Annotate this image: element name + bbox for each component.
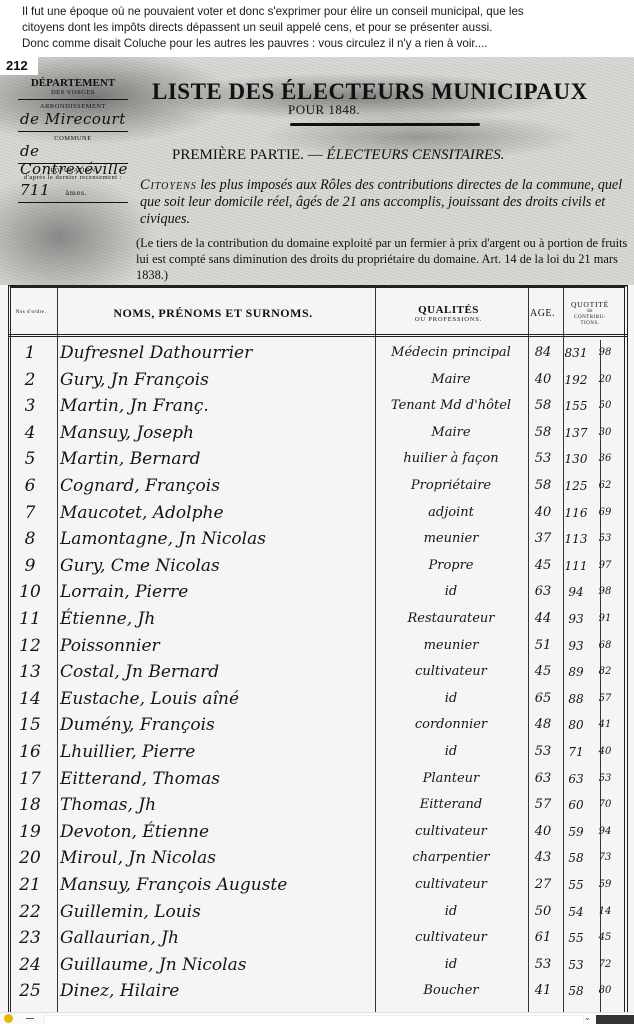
elector-profession: cultivateur (376, 925, 526, 952)
elector-name: Lorrain, Pierre (54, 579, 374, 606)
elector-age: 37 (528, 526, 558, 553)
elector-contribution: 60 (560, 792, 592, 819)
table-row: 18Thomas, JhEitterand576070 (8, 792, 628, 819)
electors-table: Nos d'ordre. NOMS, PRÉNOMS ET SURNOMS. Q… (0, 285, 634, 1012)
elector-profession: cultivateur (376, 659, 526, 686)
table-row: 17Eitterand, ThomasPlanteur636353 (8, 766, 628, 793)
elector-contribution-cents: 70 (592, 792, 618, 819)
header-age-label: AGE. (530, 308, 555, 319)
elector-contribution: 63 (560, 766, 592, 793)
elector-age: 65 (528, 686, 558, 713)
elector-contribution: 89 (560, 659, 592, 686)
elector-contribution: 55 (560, 925, 592, 952)
table-row: 24Guillaume, Jn Nicolasid535372 (8, 952, 628, 979)
table-row: 2Gury, Jn FrançoisMaire4019220 (8, 367, 628, 394)
elector-contribution: 58 (560, 978, 592, 1005)
elector-age: 58 (528, 393, 558, 420)
table-row: 25Dinez, HilaireBoucher415880 (8, 978, 628, 1005)
elector-profession: Médecin principal (376, 340, 526, 367)
elector-contribution: 137 (560, 420, 592, 447)
departement-label: DÉPARTEMENT (14, 77, 132, 89)
table-header: Nos d'ordre. NOMS, PRÉNOMS ET SURNOMS. Q… (8, 289, 628, 337)
elector-age: 58 (528, 473, 558, 500)
comment-input[interactable] (44, 1015, 584, 1024)
elector-profession: Maire (376, 420, 526, 447)
elector-age: 45 (528, 659, 558, 686)
elector-profession: Boucher (376, 978, 526, 1005)
elector-number: 4 (12, 420, 48, 447)
elector-number: 3 (12, 393, 48, 420)
elector-profession: id (376, 952, 526, 979)
elector-profession: Restaurateur (376, 606, 526, 633)
description-first-word: Citoyens (140, 177, 197, 193)
elector-name: Lamontagne, Jn Nicolas (54, 526, 374, 553)
elector-name: Maucotet, Adolphe (54, 500, 374, 527)
elector-number: 7 (12, 500, 48, 527)
elector-contribution: 58 (560, 845, 592, 872)
elector-contribution-cents: 73 (592, 845, 618, 872)
elector-name: Guillaume, Jn Nicolas (54, 952, 374, 979)
elector-number: 2 (12, 367, 48, 394)
elector-number: 16 (12, 739, 48, 766)
elector-number: 10 (12, 579, 48, 606)
elector-age: 50 (528, 899, 558, 926)
caption-line: Il fut une époque où ne pouvaient voter … (22, 4, 634, 20)
elector-number: 18 (12, 792, 48, 819)
emoji-icon[interactable] (4, 1014, 13, 1023)
elector-contribution: 80 (560, 712, 592, 739)
commune-value: de Contrexéville (14, 142, 132, 160)
divider (18, 99, 128, 100)
elector-age: 40 (528, 500, 558, 527)
table-row: 11Étienne, JhRestaurateur449391 (8, 606, 628, 633)
elector-profession: Propriétaire (376, 473, 526, 500)
elector-name: Martin, Jn Franç. (54, 393, 374, 420)
elector-profession: adjoint (376, 500, 526, 527)
elector-contribution-cents: 68 (592, 633, 618, 660)
elector-number: 9 (12, 553, 48, 580)
elector-profession: Eitterand (376, 792, 526, 819)
table-row: 23Gallaurian, Jhcultivateur615545 (8, 925, 628, 952)
divider (18, 202, 128, 203)
elector-contribution-cents: 14 (592, 899, 618, 926)
elector-name: Costal, Jn Bernard (54, 659, 374, 686)
elector-contribution: 54 (560, 899, 592, 926)
elector-contribution: 88 (560, 686, 592, 713)
elector-contribution: 53 (560, 952, 592, 979)
elector-age: 27 (528, 872, 558, 899)
elector-number: 13 (12, 659, 48, 686)
elector-name: Eitterand, Thomas (54, 766, 374, 793)
elector-contribution-cents: 98 (592, 579, 618, 606)
elector-profession: meunier (376, 526, 526, 553)
elector-age: 51 (528, 633, 558, 660)
elector-number: 25 (12, 978, 48, 1005)
administrative-block: DÉPARTEMENT DES VOSGES ARRONDISSEMENT de… (14, 77, 132, 206)
table-row: 5Martin, Bernardhuilier à façon5313036 (8, 446, 628, 473)
dark-panel (596, 1015, 634, 1024)
header-age: AGE. (525, 289, 560, 337)
elector-name: Lhuillier, Pierre (54, 739, 374, 766)
elector-contribution: 116 (560, 500, 592, 527)
elector-number: 8 (12, 526, 48, 553)
table-row: 6Cognard, FrançoisPropriétaire5812562 (8, 473, 628, 500)
elector-contribution: 831 (560, 340, 592, 367)
elector-number: 1 (12, 340, 48, 367)
part-title-italic: ÉLECTEURS CENSITAIRES. (326, 147, 504, 163)
elector-name: Gallaurian, Jh (54, 925, 374, 952)
elector-name: Guillemin, Louis (54, 899, 374, 926)
elector-contribution: 155 (560, 393, 592, 420)
elector-contribution: 55 (560, 872, 592, 899)
table-row: 1Dufresnel DathourrierMédecin principal8… (8, 340, 628, 367)
elector-age: 40 (528, 367, 558, 394)
table-row: 22Guillemin, Louisid505414 (8, 899, 628, 926)
elector-profession: cordonnier (376, 712, 526, 739)
elector-number: 6 (12, 473, 48, 500)
register-subtitle: POUR 1848. (288, 102, 360, 118)
elector-number: 15 (12, 712, 48, 739)
table-row: 8Lamontagne, Jn Nicolasmeunier3711353 (8, 526, 628, 553)
elector-contribution-cents: 62 (592, 473, 618, 500)
elector-name: Thomas, Jh (54, 792, 374, 819)
departement-value: DES VOSGES (14, 89, 132, 96)
elector-contribution: 93 (560, 606, 592, 633)
part-title-prefix: PREMIÈRE PARTIE. — (172, 147, 323, 163)
arrondissement-label: ARRONDISSEMENT (14, 103, 132, 110)
elector-number: 11 (12, 606, 48, 633)
elector-contribution-cents: 91 (592, 606, 618, 633)
elector-age: 43 (528, 845, 558, 872)
header-quotite-sub3: TIONS. (581, 321, 600, 327)
elector-contribution-cents: 72 (592, 952, 618, 979)
elector-age: 61 (528, 925, 558, 952)
elector-number: 23 (12, 925, 48, 952)
elector-profession: id (376, 739, 526, 766)
population-number: 711 (20, 181, 50, 199)
elector-contribution-cents: 50 (592, 393, 618, 420)
table-row: 9Gury, Cme NicolasPropre4511197 (8, 553, 628, 580)
header-qualites: QUALITÉS OU PROFESSIONS. (372, 289, 525, 337)
elector-contribution-cents: 94 (592, 819, 618, 846)
elector-number: 20 (12, 845, 48, 872)
elector-contribution: 59 (560, 819, 592, 846)
elector-age: 45 (528, 553, 558, 580)
population-value: 711 âmes. (14, 181, 132, 199)
elector-age: 63 (528, 579, 558, 606)
elector-profession: id (376, 899, 526, 926)
elector-name: Dufresnel Dathourrier (54, 340, 374, 367)
population-unit: âmes. (65, 189, 87, 197)
elector-age: 57 (528, 792, 558, 819)
elector-contribution-cents: 98 (592, 340, 618, 367)
register-header: 212 DÉPARTEMENT DES VOSGES ARRONDISSEMEN… (0, 57, 634, 287)
elector-profession: Tenant Md d'hôtel (376, 393, 526, 420)
caption-line: Donc comme disait Coluche pour les autre… (22, 36, 634, 52)
table-row: 16Lhuillier, Pierreid537140 (8, 739, 628, 766)
table-row: 3Martin, Jn Franç.Tenant Md d'hôtel58155… (8, 393, 628, 420)
table-row: 15Dumény, Françoiscordonnier488041 (8, 712, 628, 739)
elector-contribution-cents: 53 (592, 766, 618, 793)
table-row: 13Costal, Jn Bernardcultivateur458982 (8, 659, 628, 686)
header-qualites-label: QUALITÉS (418, 304, 479, 316)
caption-line: citoyens dont les impôts directs dépasse… (22, 20, 634, 36)
elector-contribution-cents: 30 (592, 420, 618, 447)
elector-profession: Propre (376, 553, 526, 580)
elector-number: 22 (12, 899, 48, 926)
elector-contribution-cents: 59 (592, 872, 618, 899)
eligibility-description: Citoyens les plus imposés aux Rôles des … (140, 177, 630, 228)
elector-number: 12 (12, 633, 48, 660)
part-title: PREMIÈRE PARTIE. — ÉLECTEURS CENSITAIRES… (172, 147, 504, 164)
minus-icon[interactable] (26, 1018, 34, 1019)
table-row: 10Lorrain, Pierreid639498 (8, 579, 628, 606)
elector-name: Martin, Bernard (54, 446, 374, 473)
elector-age: 53 (528, 952, 558, 979)
elector-contribution: 192 (560, 367, 592, 394)
elector-profession: cultivateur (376, 819, 526, 846)
elector-number: 21 (12, 872, 48, 899)
scanned-register-image: 212 DÉPARTEMENT DES VOSGES ARRONDISSEMEN… (0, 57, 634, 1012)
elector-number: 5 (12, 446, 48, 473)
register-title: LISTE DES ÉLECTEURS MUNICIPAUX (152, 79, 588, 105)
table-row: 21Mansuy, François Augustecultivateur275… (8, 872, 628, 899)
elector-age: 41 (528, 978, 558, 1005)
ornament-rule (290, 123, 480, 126)
population-sub: d'après le dernier recensement : (14, 174, 132, 181)
page-number: 212 (0, 57, 38, 75)
elector-number: 14 (12, 686, 48, 713)
elector-age: 63 (528, 766, 558, 793)
elector-contribution: 113 (560, 526, 592, 553)
elector-age: 48 (528, 712, 558, 739)
elector-name: Dumény, François (54, 712, 374, 739)
elector-contribution-cents: 45 (592, 925, 618, 952)
elector-name: Poissonnier (54, 633, 374, 660)
elector-contribution-cents: 82 (592, 659, 618, 686)
elector-name: Gury, Cme Nicolas (54, 553, 374, 580)
header-quotite: QUOTITÉ de CONTRIBU- TIONS. (560, 289, 620, 337)
elector-contribution-cents: 20 (592, 367, 618, 394)
elector-number: 19 (12, 819, 48, 846)
elector-profession: id (376, 686, 526, 713)
elector-contribution-cents: 41 (592, 712, 618, 739)
elector-number: 24 (12, 952, 48, 979)
header-num-label: Nos d'ordre. (16, 310, 47, 316)
elector-age: 84 (528, 340, 558, 367)
caption-text: Il fut une époque où ne pouvaient voter … (0, 0, 634, 57)
elector-contribution-cents: 97 (592, 553, 618, 580)
legal-note: (Le tiers de la contribution du domaine … (136, 235, 630, 283)
elector-age: 44 (528, 606, 558, 633)
elector-contribution: 125 (560, 473, 592, 500)
elector-profession: Planteur (376, 766, 526, 793)
elector-profession: meunier (376, 633, 526, 660)
elector-contribution-cents: 80 (592, 978, 618, 1005)
elector-contribution: 93 (560, 633, 592, 660)
table-row: 20Miroul, Jn Nicolascharpentier435873 (8, 845, 628, 872)
table-row: 4Mansuy, JosephMaire5813730 (8, 420, 628, 447)
elector-name: Eustache, Louis aîné (54, 686, 374, 713)
elector-name: Gury, Jn François (54, 367, 374, 394)
elector-profession: id (376, 579, 526, 606)
description-rest: les plus imposés aux Rôles des contribut… (140, 177, 622, 227)
elector-contribution-cents: 69 (592, 500, 618, 527)
header-names-label: NOMS, PRÉNOMS ET SURNOMS. (113, 306, 312, 321)
elector-contribution-cents: 40 (592, 739, 618, 766)
header-num: Nos d'ordre. (8, 289, 54, 337)
divider (18, 131, 128, 132)
elector-profession: huilier à façon (376, 446, 526, 473)
elector-profession: charpentier (376, 845, 526, 872)
elector-contribution: 111 (560, 553, 592, 580)
elector-profession: Maire (376, 367, 526, 394)
header-qualites-sub: OU PROFESSIONS. (415, 316, 482, 323)
elector-contribution-cents: 36 (592, 446, 618, 473)
elector-contribution: 130 (560, 446, 592, 473)
elector-profession: cultivateur (376, 872, 526, 899)
commune-label: COMMUNE (14, 135, 132, 142)
elector-contribution-cents: 53 (592, 526, 618, 553)
comment-bar: ⌄ (0, 1012, 634, 1024)
elector-contribution: 94 (560, 579, 592, 606)
elector-number: 17 (12, 766, 48, 793)
elector-age: 58 (528, 420, 558, 447)
header-names: NOMS, PRÉNOMS ET SURNOMS. (54, 289, 372, 337)
elector-name: Mansuy, Joseph (54, 420, 374, 447)
arrondissement-value: de Mirecourt (14, 110, 132, 128)
chevron-down-icon[interactable]: ⌄ (584, 1013, 591, 1022)
elector-contribution: 71 (560, 739, 592, 766)
elector-name: Étienne, Jh (54, 606, 374, 633)
elector-name: Cognard, François (54, 473, 374, 500)
table-row: 14Eustache, Louis aînéid658857 (8, 686, 628, 713)
table-row: 19Devoton, Étiennecultivateur405994 (8, 819, 628, 846)
elector-contribution-cents: 57 (592, 686, 618, 713)
elector-name: Miroul, Jn Nicolas (54, 845, 374, 872)
table-row: 7Maucotet, Adolpheadjoint4011669 (8, 500, 628, 527)
table-row: 12Poissonniermeunier519368 (8, 633, 628, 660)
elector-age: 40 (528, 819, 558, 846)
elector-age: 53 (528, 739, 558, 766)
elector-name: Mansuy, François Auguste (54, 872, 374, 899)
elector-name: Dinez, Hilaire (54, 978, 374, 1005)
elector-age: 53 (528, 446, 558, 473)
elector-name: Devoton, Étienne (54, 819, 374, 846)
header-quotite-label: QUOTITÉ (571, 300, 609, 309)
